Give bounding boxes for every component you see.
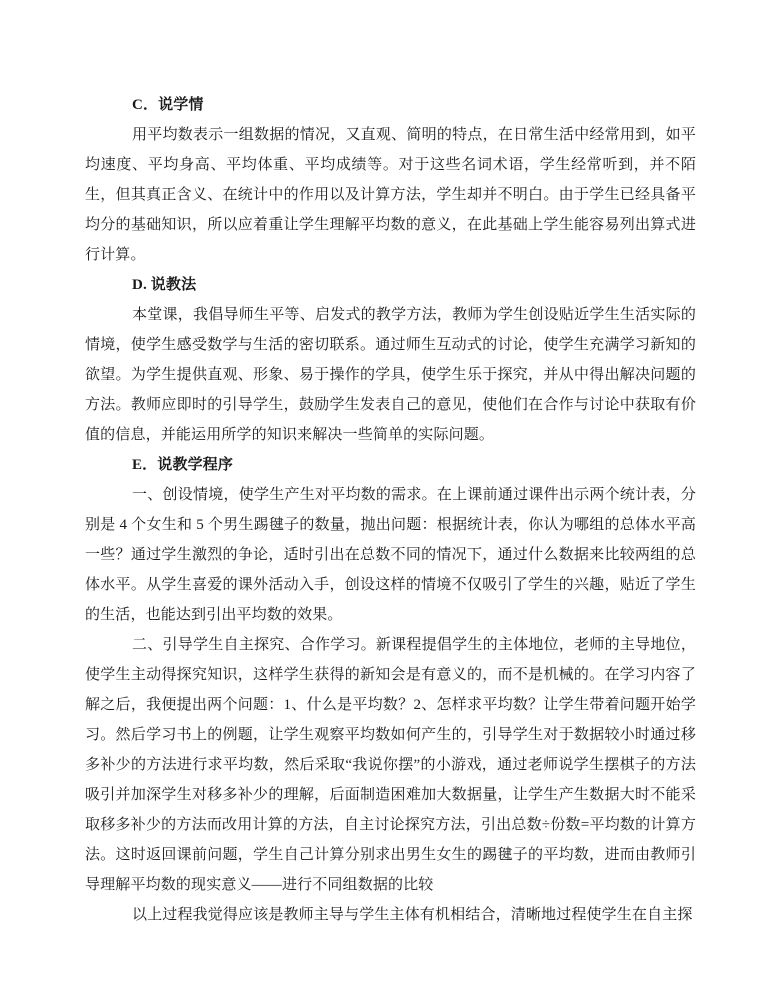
document-content: C．说学情 用平均数表示一组数据的情况，又直观、简明的特点，在日常生活中经常用到…	[85, 90, 696, 930]
paragraph-procedure-summary: 以上过程我觉得应该是教师主导与学生主体有机相结合，清晰地过程使学生在自主探	[85, 900, 696, 930]
paragraph-teaching-method: 本堂课，我倡导师生平等、启发式的教学方法，教师为学生创设贴近学生生活实际的情境，…	[85, 300, 696, 450]
section-heading-teaching-procedure: E．说教学程序	[85, 450, 696, 480]
paragraph-learner-analysis: 用平均数表示一组数据的情况，又直观、简明的特点，在日常生活中经常用到，如平均速度…	[85, 120, 696, 270]
paragraph-procedure-step-one: 一、创设情境，使学生产生对平均数的需求。在上课前通过课件出示两个统计表，分别是 …	[85, 480, 696, 630]
section-heading-teaching-method: D. 说教法	[85, 270, 696, 300]
section-heading-learner-analysis: C．说学情	[85, 90, 696, 120]
paragraph-procedure-step-two: 二、引导学生自主探究、合作学习。新课程提倡学生的主体地位，老师的主导地位，使学生…	[85, 630, 696, 900]
document-page: C．说学情 用平均数表示一组数据的情况，又直观、简明的特点，在日常生活中经常用到…	[0, 0, 770, 1000]
